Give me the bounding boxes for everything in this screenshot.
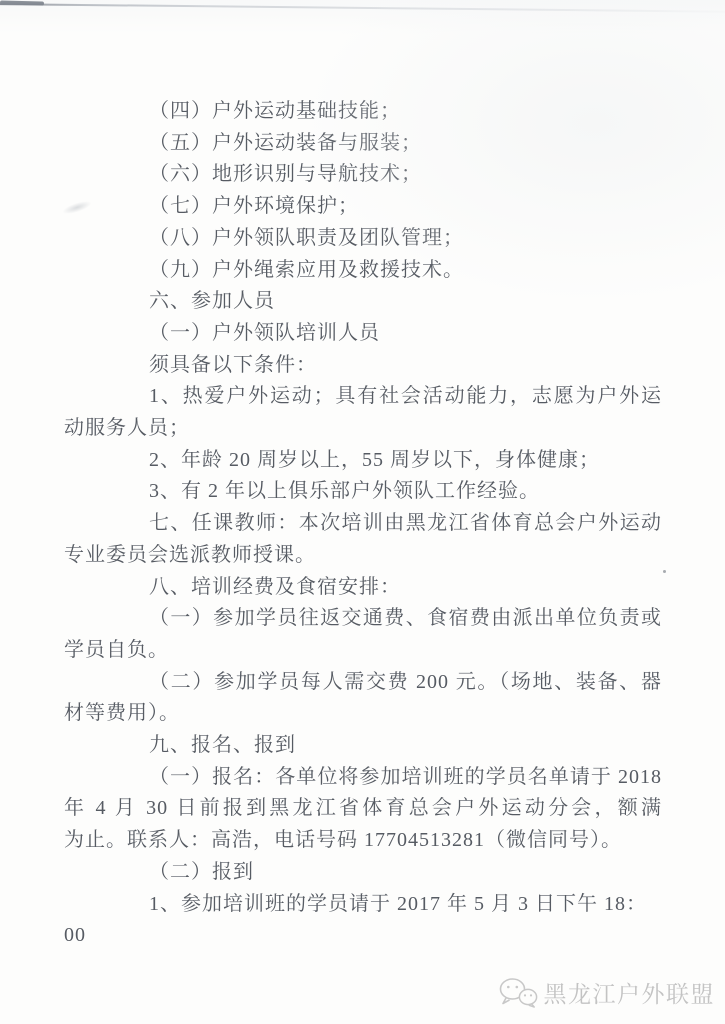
text-line: （二）参加学员每人需交费 200 元。（场地、装备、器 — [64, 667, 662, 699]
wechat-icon — [498, 977, 538, 1008]
text-line: 材等费用）。 — [64, 698, 662, 730]
text-line: （一）户外领队培训人员 — [64, 318, 662, 350]
text-line: （五）户外运动装备与服装； — [64, 128, 662, 160]
text-line: （一）报名：各单位将参加培训班的学员名单请于 2018 — [64, 762, 662, 794]
text-line: （二）报到 — [64, 857, 662, 889]
section-heading: 七、任课教师：本次培训由黑龙江省体育总会户外运动 — [64, 508, 662, 540]
text-line: 1、参加培训班的学员请于 2017 年 5 月 3 日下午 18：00 — [64, 889, 662, 952]
text-line: 须具备以下条件： — [64, 350, 662, 382]
text-line: 学员自负。 — [64, 635, 662, 667]
text-line: 为止。联系人：高浩，电话号码 17704513281（微信同号）。 — [64, 825, 662, 857]
text-line: 动服务人员； — [64, 413, 662, 445]
watermark-label: 黑龙江户外联盟 — [544, 976, 716, 1009]
section-heading: 八、培训经费及食宿安排： — [64, 572, 662, 604]
text-line: 3、有 2 年以上俱乐部户外领队工作经验。 — [64, 476, 662, 508]
text-line: 1、热爱户外运动；具有社会活动能力，志愿为户外运 — [64, 381, 662, 413]
section-heading: 九、报名、报到 — [64, 730, 662, 762]
watermark: 黑龙江户外联盟 — [498, 976, 716, 1009]
text-line: （九）户外绳索应用及救援技术。 — [64, 255, 662, 287]
document-body: （四）户外运动基础技能； （五）户外运动装备与服装； （六）地形识别与导航技术；… — [64, 96, 662, 952]
text-line: （四）户外运动基础技能； — [64, 96, 662, 128]
document-page: （四）户外运动基础技能； （五）户外运动装备与服装； （六）地形识别与导航技术；… — [0, 0, 725, 1024]
text-line: 年 4 月 30 日前报到黑龙江省体育总会户外运动分会，额满 — [64, 793, 662, 825]
section-heading: 六、参加人员 — [64, 286, 662, 318]
text-line: （七）户外环境保护； — [64, 191, 662, 223]
scan-artifact-top-edge — [0, 3, 725, 13]
text-line: （八）户外领队职责及团队管理； — [64, 223, 662, 255]
text-line: （一）参加学员往返交通费、食宿费由派出单位负责或 — [64, 603, 662, 635]
text-line: 专业委员会选派教师授课。 — [64, 540, 662, 572]
text-line: （六）地形识别与导航技术； — [64, 159, 662, 191]
text-line: 2、年龄 20 周岁以上，55 周岁以下，身体健康； — [64, 445, 662, 477]
scan-artifact-dot — [663, 570, 666, 573]
